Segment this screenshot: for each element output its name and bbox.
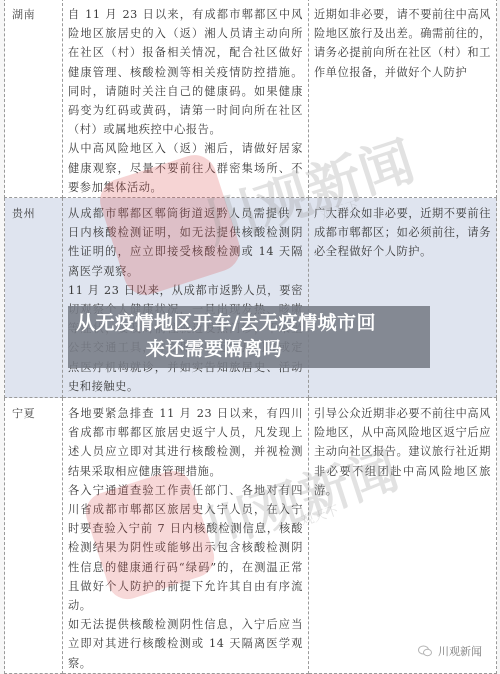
measures-paragraph: 从成都市郫都区郫筒街道返黔人员需提供 7 日内核酸检测证明，如无法提供核酸检测阴… [68,204,303,281]
measures-paragraph: 如无法提供核酸检测阴性信息，入宁后应当立即对其进行核酸检测或 14 天隔离医学观… [68,615,303,673]
table-row-ningxia: 宁夏 各地要紧急排查 11 月 23 日以来，有四川省成都市郫都区旅居史返宁人员… [5,398,497,674]
province-cell: 贵州 [5,198,63,398]
document-page: 湖南 自 11 月 23 日以来，有成都市郫都区中风险地区旅居史的入（返）湘人员… [0,0,500,674]
source-brand: 川观新闻 [418,643,482,659]
advice-cell: 近期如非必要，请不要前往中高风险地区旅行及出差。确需前往的，请务必提前向所在社区… [309,0,497,198]
measures-paragraph: 各地要紧急排查 11 月 23 日以来，有四川省成都市郫都区旅居史返宁人员，凡发… [68,404,303,481]
measures-cell: 自 11 月 23 日以来，有成都市郫都区中风险地区旅居史的入（返）湘人员请主动… [63,0,309,198]
advice-cell: 引导公众近期非必要不前往中高风险地区，从中高风险地区返宁后应主动向社区报告。建议… [309,398,497,674]
measures-cell: 各地要紧急排查 11 月 23 日以来，有四川省成都市郫都区旅居史返宁人员，凡发… [63,398,309,674]
banner-title-line-2: 来还需要隔离吗 [76,336,422,362]
wechat-icon [418,645,432,657]
measures-paragraph: 从中高风险地区入（返）湘后，请做好居家健康观察，尽量不要前往人群密集场所、不要参… [68,139,303,197]
title-banner: 从无疫情地区开车/去无疫情城市回 来还需要隔离吗 [68,306,430,368]
province-cell: 湖南 [5,0,63,198]
measures-paragraph: 自 11 月 23 日以来，有成都市郫都区中风险地区旅居史的入（返）湘人员请主动… [68,5,303,139]
measures-paragraph: 各入宁通道查验工作责任部门、各地对有四川省成都市郫都区旅居史入宁人员，在入宁时要… [68,481,303,615]
table-row-hunan: 湖南 自 11 月 23 日以来，有成都市郫都区中风险地区旅居史的入（返）湘人员… [5,0,497,198]
banner-title-line-1: 从无疫情地区开车/去无疫情城市回 [76,310,422,336]
brand-name: 川观新闻 [438,643,482,659]
province-cell: 宁夏 [5,398,63,674]
